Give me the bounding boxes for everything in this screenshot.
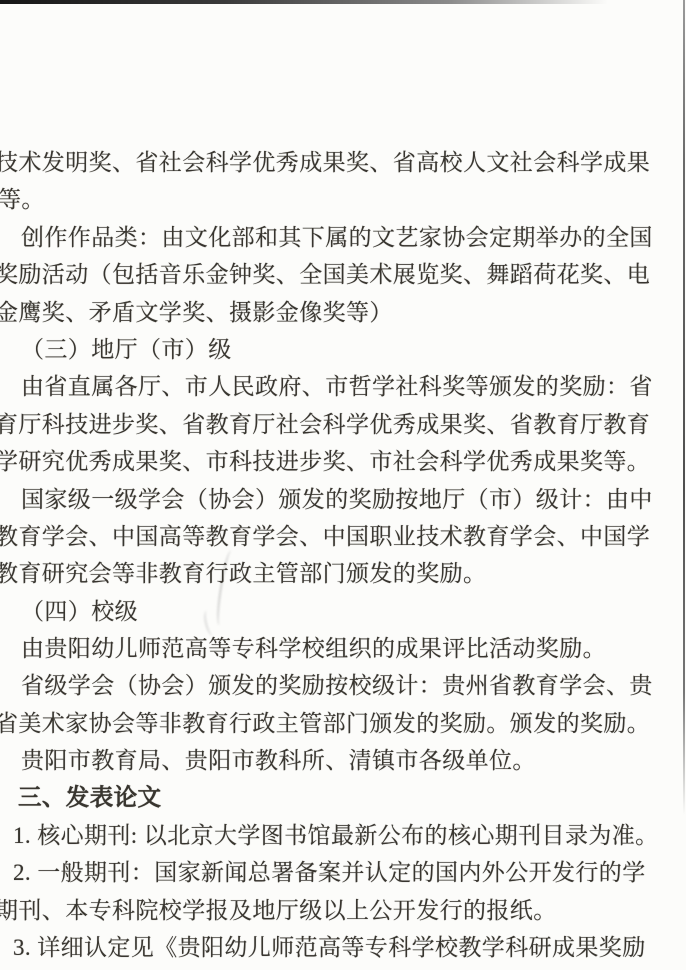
text-line: 国家级一级学会（协会）颁发的奖励按地厅（市）级计：由中 <box>21 481 686 518</box>
text-line: 技术发明奖、省社会科学优秀成果奖、省高校人文社会科学成果 <box>0 144 686 181</box>
text-line: 创作作品类：由文化部和其下属的文艺家协会定期举办的全国 <box>21 219 686 256</box>
text-line: 金鹰奖、矛盾文学奖、摄影金像奖等） <box>0 294 686 331</box>
scanned-page: 技术发明奖、省社会科学优秀成果奖、省高校人文社会科学成果等。创作作品类：由文化部… <box>0 0 686 970</box>
scan-top-edge-artifact <box>0 0 640 4</box>
text-line: 由省直属各厅、市人民政府、市哲学社科奖等颁发的奖励：省 <box>21 368 686 405</box>
text-line: （三）地厅（市）级 <box>21 331 686 368</box>
document-text-block: 技术发明奖、省社会科学优秀成果奖、省高校人文社会科学成果等。创作作品类：由文化部… <box>0 144 686 967</box>
text-line: 育厅科技进步奖、省教育厅社会科学优秀成果奖、省教育厅教育 <box>0 406 686 443</box>
section-heading: 三、发表论文 <box>18 780 686 817</box>
text-line: 学研究优秀成果奖、市科技进步奖、市社会科学优秀成果奖等。 <box>0 443 686 480</box>
text-line: 奖励活动（包括音乐金钟奖、全国美术展览奖、舞蹈荷花奖、电 <box>0 256 686 293</box>
text-line: 由贵阳幼儿师范高等专科学校组织的成果评比活动奖励。 <box>21 630 686 667</box>
text-line: 教育学会、中国高等教育学会、中国职业技术教育学会、中国学 <box>0 518 686 555</box>
text-line: 2. 一般期刊：国家新闻总署备案并认定的国内外公开发行的学 <box>13 854 686 891</box>
text-line: 省级学会（协会）颁发的奖励按校级计：贵州省教育学会、贵 <box>21 667 686 704</box>
text-line: （四）校级 <box>21 593 686 630</box>
text-line: 期刊、本专科院校学报及地厅级以上公开发行的报纸。 <box>0 892 686 929</box>
text-line: 贵阳市教育局、贵阳市教科所、清镇市各级单位。 <box>21 742 686 779</box>
text-line: 教育研究会等非教育行政主管部门颁发的奖励。 <box>0 555 686 592</box>
text-line: 等。 <box>0 181 686 218</box>
text-line: 1. 核心期刊: 以北京大学图书馆最新公布的核心期刊目录为准。 <box>13 817 686 854</box>
text-line: 3. 详细认定见《贵阳幼儿师范高等专科学校教学科研成果奖励 <box>13 929 686 966</box>
text-line: 省美术家协会等非教育行政主管部门颁发的奖励。颁发的奖励。 <box>0 705 686 742</box>
